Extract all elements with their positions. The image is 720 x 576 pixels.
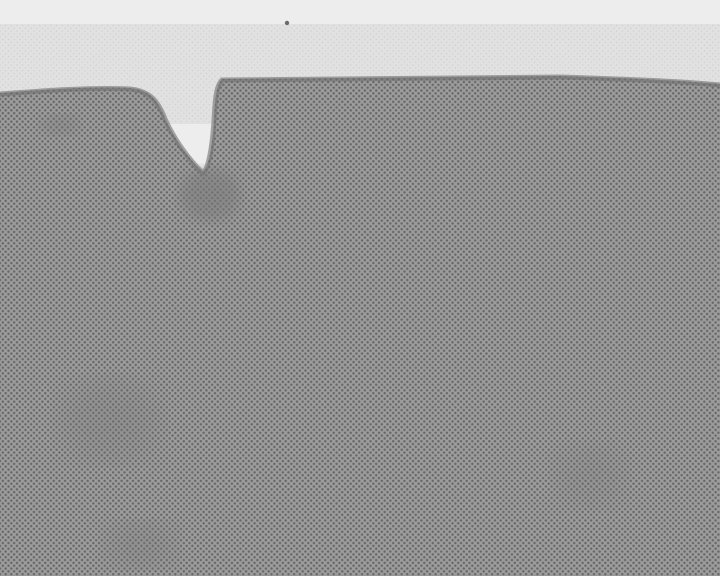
material-surface <box>0 76 720 576</box>
halftone-photo <box>0 0 720 576</box>
top-strip <box>0 0 720 24</box>
dust-speck <box>285 21 289 25</box>
